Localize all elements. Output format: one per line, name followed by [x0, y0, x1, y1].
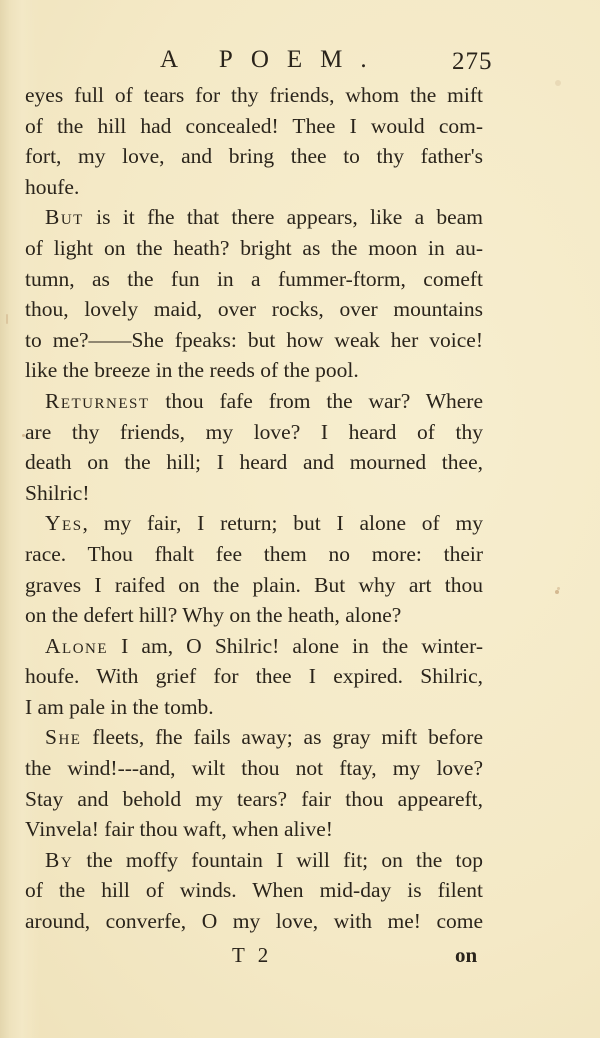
running-head: A POEM. 275 — [0, 46, 600, 80]
text-line: of the hill of winds. When mid-day is fi… — [25, 875, 483, 906]
foxing-spot — [6, 314, 8, 324]
foxing-spot — [555, 80, 561, 86]
text-line: Shilric! — [25, 478, 483, 509]
text-line: on the defert hill? Why on the heath, al… — [25, 600, 483, 631]
text-run: I am, O Shilric! alone in the winter- — [108, 634, 483, 658]
text-line: death on the hill; I heard and mourned t… — [25, 447, 483, 478]
text-line: houfe. — [25, 172, 483, 203]
text-line: of the hill had concealed! Thee I would … — [25, 111, 483, 142]
text-line: like the breeze in the reeds of the pool… — [25, 355, 483, 386]
text-line: Stay and behold my tears? fair thou appe… — [25, 784, 483, 815]
body-text: eyes full of tears for thy friends, whom… — [25, 80, 483, 937]
paragraph-lead-word: She — [45, 725, 81, 749]
paragraph-lead-word: But — [45, 205, 84, 229]
text-line: the wind!---and, wilt thou not ftay, my … — [25, 753, 483, 784]
text-line: are thy friends, my love? I heard of thy — [25, 417, 483, 448]
foxing-spot — [555, 590, 559, 594]
text-run: thou fafe from the war? Where — [150, 389, 483, 413]
paragraph-first-line: Returnest thou fafe from the war? Where — [25, 386, 483, 417]
text-line: tumn, as the fun in a fummer-ftorm, come… — [25, 264, 483, 295]
text-line: eyes full of tears for thy friends, whom… — [25, 80, 483, 111]
paragraph-lead-word: By — [45, 848, 73, 872]
text-run: the moffy fountain I will fit; on the to… — [73, 848, 483, 872]
text-line: around, converfe, O my love, with me! co… — [25, 906, 483, 937]
catchword: on — [455, 943, 477, 968]
text-line: of light on the heath? bright as the moo… — [25, 233, 483, 264]
page-footer: T 2 on — [0, 943, 600, 973]
text-line: to me?——She fpeaks: but how weak her voi… — [25, 325, 483, 356]
text-line: graves I raifed on the plain. But why ar… — [25, 570, 483, 601]
paragraph-lead-word: Yes — [45, 511, 83, 535]
text-line: thou, lovely maid, over rocks, over moun… — [25, 294, 483, 325]
paragraph-first-line: But is it fhe that there appears, like a… — [25, 202, 483, 233]
text-line: I am pale in the tomb. — [25, 692, 483, 723]
page-number: 275 — [452, 48, 493, 76]
paragraph-lead-word: Returnest — [45, 389, 150, 413]
text-run: fleets, fhe fails away; as gray mift bef… — [81, 725, 483, 749]
text-run: , my fair, I return; but I alone of my — [83, 511, 483, 535]
paragraph-first-line: She fleets, fhe fails away; as gray mift… — [25, 722, 483, 753]
paragraph-first-line: Yes, my fair, I return; but I alone of m… — [25, 508, 483, 539]
text-line: Vinvela! fair thou waft, when alive! — [25, 814, 483, 845]
paragraph-lead-word: Alone — [45, 634, 108, 658]
signature-mark: T 2 — [232, 943, 272, 968]
text-line: houfe. With grief for thee I expired. Sh… — [25, 661, 483, 692]
text-line: fort, my love, and bring thee to thy fat… — [25, 141, 483, 172]
foxing-spot — [557, 587, 560, 590]
running-title: A POEM. — [160, 46, 385, 74]
book-page: A POEM. 275 eyes full of tears for thy f… — [0, 0, 600, 1038]
paragraph-first-line: Alone I am, O Shilric! alone in the wint… — [25, 631, 483, 662]
text-run: is it fhe that there appears, like a bea… — [84, 205, 483, 229]
text-line: race. Thou fhalt fee them no more: their — [25, 539, 483, 570]
paragraph-first-line: By the moffy fountain I will fit; on the… — [25, 845, 483, 876]
